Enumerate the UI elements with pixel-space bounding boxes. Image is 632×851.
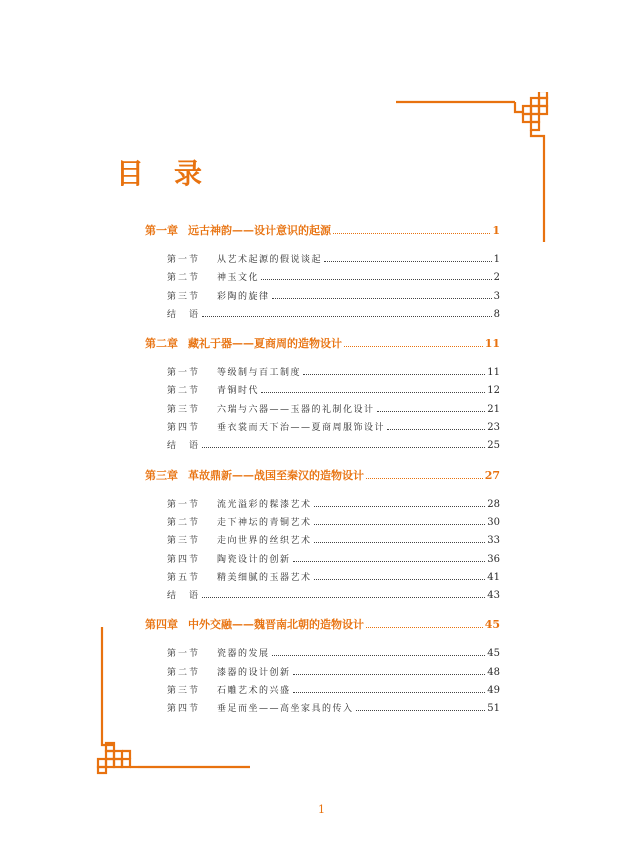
page-number: 1 <box>492 224 500 237</box>
page-number: 11 <box>485 337 500 350</box>
section-title: 漆器的设计创新 <box>217 665 291 678</box>
page-number: 21 <box>487 404 500 415</box>
dot-leader <box>303 374 485 375</box>
section-entry[interactable]: 第五节精美细腻的玉器艺术41 <box>145 570 500 588</box>
page-number: 11 <box>487 367 500 378</box>
page-number: 41 <box>487 572 500 583</box>
page-number: 43 <box>487 590 500 601</box>
section-title: 垂衣裳而天下治——夏商周服饰设计 <box>217 420 385 433</box>
chapter-entry[interactable]: 第四章 中外交融——魏晋南北朝的造物设计 45 <box>145 616 500 636</box>
page-number: 30 <box>487 517 500 528</box>
section-title: 从艺术起源的假说谈起 <box>217 252 322 265</box>
dot-leader <box>293 674 486 675</box>
page-number: 48 <box>487 667 500 678</box>
section-number: 第二节 <box>167 515 217 528</box>
section-entry[interactable]: 结 语8 <box>145 307 500 325</box>
section-title: 石雕艺术的兴盛 <box>217 683 291 696</box>
section-number: 第四节 <box>167 420 217 433</box>
section-number: 第二节 <box>167 270 217 283</box>
section-title: 精美细腻的玉器艺术 <box>217 570 312 583</box>
section-entry[interactable]: 第四节垂衣裳而天下治——夏商周服饰设计23 <box>145 420 500 438</box>
dot-leader <box>272 298 492 299</box>
chapter-1: 第一章 远古神韵——设计意识的起源 1 第一节从艺术起源的假说谈起1 第二节神玉… <box>145 222 500 325</box>
chapter-entry[interactable]: 第二章 藏礼于器——夏商周的造物设计 11 <box>145 335 500 355</box>
section-number: 第二节 <box>167 383 217 396</box>
page-number: 49 <box>487 685 500 696</box>
section-number: 第一节 <box>167 252 217 265</box>
chapter-2: 第二章 藏礼于器——夏商周的造物设计 11 第一节等级制与百工制度11 第二节青… <box>145 335 500 456</box>
dot-leader <box>314 524 486 525</box>
dot-leader <box>366 627 483 628</box>
chapter-title: 中外交融——魏晋南北朝的造物设计 <box>188 616 364 632</box>
chapter-entry[interactable]: 第一章 远古神韵——设计意识的起源 1 <box>145 222 500 242</box>
chapter-number: 第一章 <box>145 222 178 238</box>
page-number: 23 <box>487 422 500 433</box>
section-title: 神玉文化 <box>217 270 259 283</box>
section-entry[interactable]: 第二节青铜时代12 <box>145 383 500 401</box>
section-number: 第三节 <box>167 533 217 546</box>
section-title: 瓷器的发展 <box>217 646 270 659</box>
title-char-2: 录 <box>174 152 202 192</box>
section-title: 走下神坛的青铜艺术 <box>217 515 312 528</box>
section-entry[interactable]: 第二节神玉文化2 <box>145 270 500 288</box>
dot-leader <box>324 261 492 262</box>
section-entry[interactable]: 第三节彩陶的旋律3 <box>145 289 500 307</box>
page-number: 45 <box>485 618 500 631</box>
page-number: 2 <box>494 272 500 283</box>
dot-leader <box>272 655 486 656</box>
dot-leader <box>377 411 486 412</box>
section-entry[interactable]: 结 语43 <box>145 588 500 606</box>
section-entry[interactable]: 第二节漆器的设计创新48 <box>145 665 500 683</box>
section-number: 第四节 <box>167 552 217 565</box>
section-title: 流光溢彩的髹漆艺术 <box>217 497 312 510</box>
page-number: 33 <box>487 535 500 546</box>
chapter-title: 藏礼于器——夏商周的造物设计 <box>188 335 342 351</box>
section-number: 结 语 <box>167 438 200 451</box>
chapter-number: 第四章 <box>145 616 178 632</box>
chapter-title: 远古神韵——设计意识的起源 <box>188 222 331 238</box>
table-of-contents: 第一章 远古神韵——设计意识的起源 1 第一节从艺术起源的假说谈起1 第二节神玉… <box>145 222 500 730</box>
dot-leader <box>293 561 486 562</box>
page-number: 45 <box>487 648 500 659</box>
dot-leader <box>356 710 486 711</box>
page-number: 25 <box>487 440 500 451</box>
chapter-4: 第四章 中外交融——魏晋南北朝的造物设计 45 第一节瓷器的发展45 第二节漆器… <box>145 616 500 719</box>
dot-leader <box>293 692 486 693</box>
dot-leader <box>261 392 485 393</box>
dot-leader <box>202 597 485 598</box>
chapter-3: 第三章 革故鼎新——战国至秦汉的造物设计 27 第一节流光溢彩的髹漆艺术28 第… <box>145 467 500 607</box>
section-title: 垂足而坐——高坐家具的传入 <box>217 701 354 714</box>
page-number: 8 <box>494 309 500 320</box>
section-entry[interactable]: 第一节从艺术起源的假说谈起1 <box>145 252 500 270</box>
section-number: 第三节 <box>167 683 217 696</box>
dot-leader <box>261 279 492 280</box>
dot-leader <box>202 447 485 448</box>
dot-leader <box>202 316 492 317</box>
page-number: 12 <box>487 385 500 396</box>
section-number: 第五节 <box>167 570 217 583</box>
section-entry[interactable]: 第一节瓷器的发展45 <box>145 646 500 664</box>
section-number: 第四节 <box>167 701 217 714</box>
section-title: 青铜时代 <box>217 383 259 396</box>
dot-leader <box>314 579 486 580</box>
page-number: 36 <box>487 554 500 565</box>
section-number: 第三节 <box>167 289 217 302</box>
page-number: 1 <box>494 254 500 265</box>
section-title: 走向世界的丝织艺术 <box>217 533 312 546</box>
chapter-title: 革故鼎新——战国至秦汉的造物设计 <box>188 467 364 483</box>
dot-leader <box>314 506 486 507</box>
dot-leader <box>366 478 483 479</box>
chapter-entry[interactable]: 第三章 革故鼎新——战国至秦汉的造物设计 27 <box>145 467 500 487</box>
dot-leader <box>387 429 485 430</box>
section-entry[interactable]: 第四节垂足而坐——高坐家具的传入51 <box>145 701 500 719</box>
chapter-number: 第三章 <box>145 467 178 483</box>
page-title: 目录 <box>116 152 202 192</box>
section-entry[interactable]: 第一节流光溢彩的髹漆艺术28 <box>145 497 500 515</box>
page-number: 51 <box>487 703 500 714</box>
section-title: 彩陶的旋律 <box>217 289 270 302</box>
title-char-1: 目 <box>116 152 144 192</box>
section-number: 第三节 <box>167 402 217 415</box>
section-entry[interactable]: 第四节陶瓷设计的创新36 <box>145 552 500 570</box>
section-number: 结 语 <box>167 307 200 320</box>
section-entry[interactable]: 结 语25 <box>145 438 500 456</box>
section-entry[interactable]: 第一节等级制与百工制度11 <box>145 365 500 383</box>
footer-page-number: 1 <box>318 803 325 816</box>
section-entry[interactable]: 第二节走下神坛的青铜艺术30 <box>145 515 500 533</box>
dot-leader <box>333 233 490 234</box>
dot-leader <box>344 346 483 347</box>
section-title: 等级制与百工制度 <box>217 365 301 378</box>
page-number: 27 <box>485 469 500 482</box>
chapter-number: 第二章 <box>145 335 178 351</box>
section-number: 第一节 <box>167 365 217 378</box>
section-entry[interactable]: 第三节六瑞与六器——玉器的礼制化设计21 <box>145 402 500 420</box>
section-number: 结 语 <box>167 588 200 601</box>
section-number: 第二节 <box>167 665 217 678</box>
section-title: 陶瓷设计的创新 <box>217 552 291 565</box>
section-number: 第一节 <box>167 646 217 659</box>
page-number: 28 <box>487 499 500 510</box>
section-entry[interactable]: 第三节石雕艺术的兴盛49 <box>145 683 500 701</box>
dot-leader <box>314 542 486 543</box>
section-title: 六瑞与六器——玉器的礼制化设计 <box>217 402 375 415</box>
section-entry[interactable]: 第三节走向世界的丝织艺术33 <box>145 533 500 551</box>
page-number: 3 <box>494 291 500 302</box>
section-number: 第一节 <box>167 497 217 510</box>
